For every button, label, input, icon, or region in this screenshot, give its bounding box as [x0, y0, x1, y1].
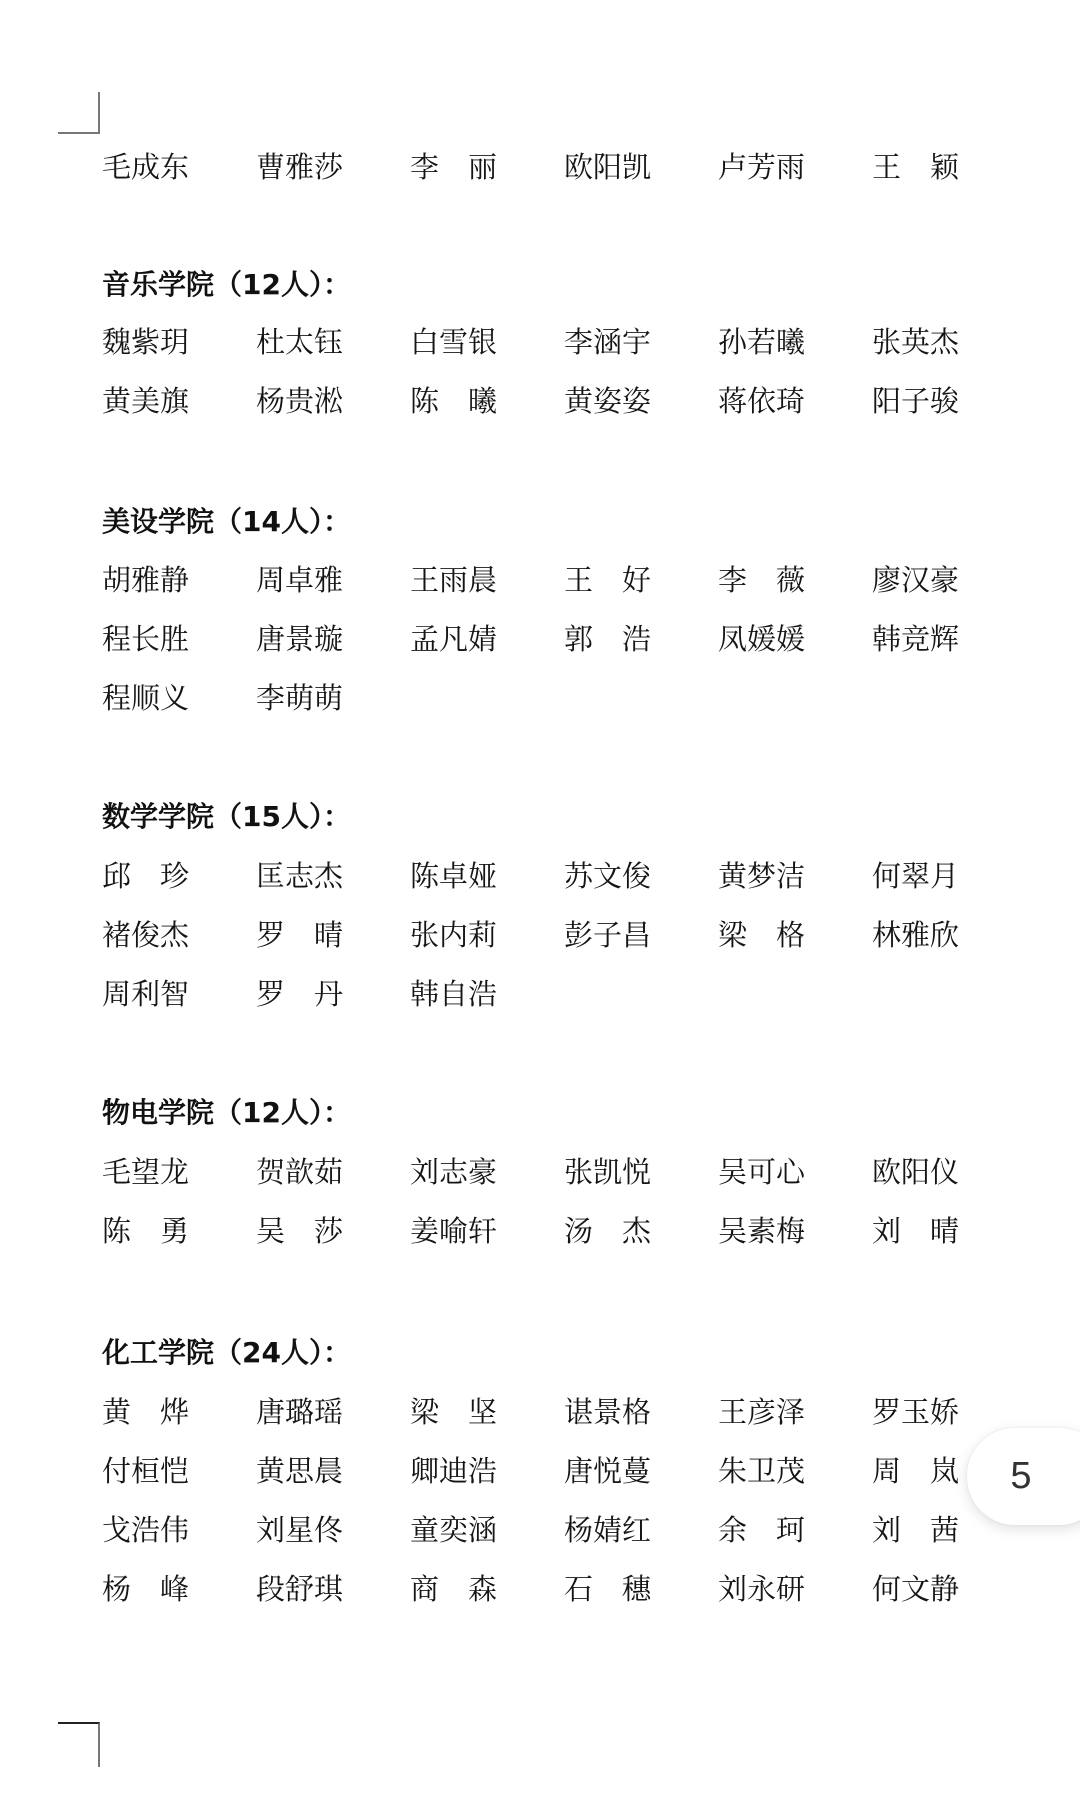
student-name: 刘永研 — [718, 1569, 818, 1609]
student-name: 罗 晴 — [256, 915, 356, 955]
student-name: 朱卫茂 — [718, 1451, 818, 1491]
section-heading-math: 数学学院（15人）： — [102, 797, 351, 837]
name-row: 毛成东 曹雅莎 李 丽 欧阳凯 卢芳雨 王 颖 — [102, 147, 1032, 187]
student-name: 蒋依琦 — [718, 381, 818, 421]
name-row: 杨 峰 段舒琪 商 森 石 穗 刘永研 何文静 — [102, 1569, 1032, 1609]
student-name: 唐景璇 — [256, 619, 356, 659]
name-row: 胡雅静 周卓雅 王雨晨 王 好 李 薇 廖汉豪 — [102, 560, 1032, 600]
student-name: 卿迪浩 — [410, 1451, 510, 1491]
student-name: 郭 浩 — [564, 619, 664, 659]
student-name: 陈 勇 — [102, 1211, 202, 1251]
student-name: 吴可心 — [718, 1152, 818, 1192]
student-name: 韩竞辉 — [872, 619, 972, 659]
student-name: 戈浩伟 — [102, 1510, 202, 1550]
student-name: 黄美旗 — [102, 381, 202, 421]
student-name: 周卓雅 — [256, 560, 356, 600]
page-corner-mark-top — [58, 92, 100, 134]
name-row: 邱 珍 匡志杰 陈卓娅 苏文俊 黄梦洁 何翠月 — [102, 856, 1032, 896]
student-name: 苏文俊 — [564, 856, 664, 896]
student-name: 程长胜 — [102, 619, 202, 659]
student-name: 周 岚 — [872, 1451, 972, 1491]
student-name: 王雨晨 — [410, 560, 510, 600]
student-name: 罗 丹 — [256, 974, 356, 1014]
name-row: 黄 烨 唐璐瑶 梁 坚 谌景格 王彦泽 罗玉娇 — [102, 1392, 1032, 1432]
student-name: 彭子昌 — [564, 915, 664, 955]
name-row: 魏紫玥 杜太钰 白雪银 李涵宇 孙若曦 张英杰 — [102, 322, 1032, 362]
student-name: 黄 烨 — [102, 1392, 202, 1432]
student-name: 李 薇 — [718, 560, 818, 600]
student-name: 吴素梅 — [718, 1211, 818, 1251]
student-name: 陈卓娅 — [410, 856, 510, 896]
student-name: 付桓恺 — [102, 1451, 202, 1491]
student-name: 石 穗 — [564, 1569, 664, 1609]
student-name: 邱 珍 — [102, 856, 202, 896]
name-row: 程长胜 唐景璇 孟凡婧 郭 浩 凤媛媛 韩竞辉 — [102, 619, 1032, 659]
student-name: 王 好 — [564, 560, 664, 600]
student-name: 周利智 — [102, 974, 202, 1014]
student-name: 刘星佟 — [256, 1510, 356, 1550]
student-name: 张内莉 — [410, 915, 510, 955]
name-row: 黄美旗 杨贵淞 陈 曦 黄姿姿 蒋依琦 阳子骏 — [102, 381, 1032, 421]
name-row: 褚俊杰 罗 晴 张内莉 彭子昌 梁 格 林雅欣 — [102, 915, 1032, 955]
student-name: 张英杰 — [872, 322, 972, 362]
student-name: 毛成东 — [102, 147, 202, 187]
student-name: 余 珂 — [718, 1510, 818, 1550]
student-name: 孟凡婧 — [410, 619, 510, 659]
student-name: 吴 莎 — [256, 1211, 356, 1251]
student-name: 黄思晨 — [256, 1451, 356, 1491]
student-name: 谌景格 — [564, 1392, 664, 1432]
page-number: 5 — [967, 1428, 1075, 1525]
section-heading-music: 音乐学院（12人）： — [102, 265, 351, 305]
student-name: 欧阳仪 — [872, 1152, 972, 1192]
student-name: 罗玉娇 — [872, 1392, 972, 1432]
page-corner-mark-bottom — [58, 1722, 100, 1767]
student-name: 黄梦洁 — [718, 856, 818, 896]
student-name: 贺歆茹 — [256, 1152, 356, 1192]
student-name: 欧阳凯 — [564, 147, 664, 187]
section-heading-physics-electronics: 物电学院（12人）： — [102, 1093, 351, 1133]
student-name: 刘志豪 — [410, 1152, 510, 1192]
student-name: 杨婧红 — [564, 1510, 664, 1550]
page-number-indicator[interactable]: 5 — [967, 1428, 1080, 1525]
student-name: 汤 杰 — [564, 1211, 664, 1251]
section-heading-art-design: 美设学院（14人）： — [102, 502, 351, 542]
student-name: 陈 曦 — [410, 381, 510, 421]
student-name: 李萌萌 — [256, 678, 356, 718]
student-name: 杨 峰 — [102, 1569, 202, 1609]
student-name: 梁 格 — [718, 915, 818, 955]
student-name: 姜喻轩 — [410, 1211, 510, 1251]
name-row: 毛望龙 贺歆茹 刘志豪 张凯悦 吴可心 欧阳仪 — [102, 1152, 1032, 1192]
name-row: 程顺义 李萌萌 — [102, 678, 1032, 718]
student-name: 胡雅静 — [102, 560, 202, 600]
name-row: 戈浩伟 刘星佟 童奕涵 杨婧红 余 珂 刘 茜 — [102, 1510, 1032, 1550]
name-row: 周利智 罗 丹 韩自浩 — [102, 974, 1032, 1014]
student-name: 匡志杰 — [256, 856, 356, 896]
section-heading-chemical-engineering: 化工学院（24人）： — [102, 1333, 351, 1373]
student-name: 魏紫玥 — [102, 322, 202, 362]
student-name: 褚俊杰 — [102, 915, 202, 955]
student-name: 王彦泽 — [718, 1392, 818, 1432]
student-name: 阳子骏 — [872, 381, 972, 421]
student-name: 白雪银 — [410, 322, 510, 362]
student-name: 曹雅莎 — [256, 147, 356, 187]
student-name: 林雅欣 — [872, 915, 972, 955]
student-name: 童奕涵 — [410, 1510, 510, 1550]
student-name: 毛望龙 — [102, 1152, 202, 1192]
student-name: 唐璐瑶 — [256, 1392, 356, 1432]
student-name: 韩自浩 — [410, 974, 510, 1014]
student-name: 廖汉豪 — [872, 560, 972, 600]
student-name: 何翠月 — [872, 856, 972, 896]
student-name: 凤媛媛 — [718, 619, 818, 659]
student-name: 卢芳雨 — [718, 147, 818, 187]
student-name: 梁 坚 — [410, 1392, 510, 1432]
name-row: 付桓恺 黄思晨 卿迪浩 唐悦蔓 朱卫茂 周 岚 — [102, 1451, 1032, 1491]
name-row: 陈 勇 吴 莎 姜喻轩 汤 杰 吴素梅 刘 晴 — [102, 1211, 1032, 1251]
student-name: 唐悦蔓 — [564, 1451, 664, 1491]
student-name: 刘 晴 — [872, 1211, 972, 1251]
student-name: 杨贵淞 — [256, 381, 356, 421]
student-name: 商 森 — [410, 1569, 510, 1609]
student-name: 黄姿姿 — [564, 381, 664, 421]
student-name: 程顺义 — [102, 678, 202, 718]
student-name: 李 丽 — [410, 147, 510, 187]
student-name: 孙若曦 — [718, 322, 818, 362]
student-name: 杜太钰 — [256, 322, 356, 362]
student-name: 何文静 — [872, 1569, 972, 1609]
student-name: 张凯悦 — [564, 1152, 664, 1192]
student-name: 李涵宇 — [564, 322, 664, 362]
student-name: 刘 茜 — [872, 1510, 972, 1550]
student-name: 王 颖 — [872, 147, 972, 187]
student-name: 段舒琪 — [256, 1569, 356, 1609]
